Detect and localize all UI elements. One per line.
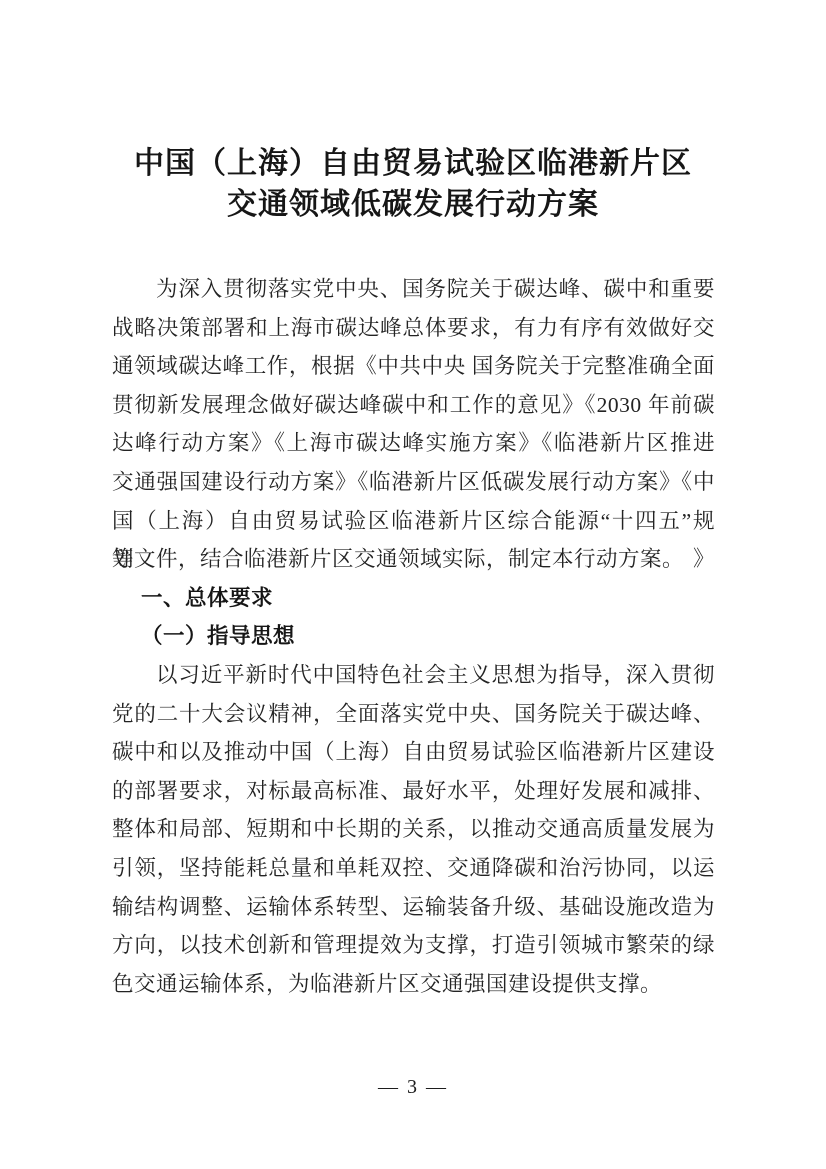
paragraph-line: 战略决策部署和上海市碳达峰总体要求，有力有序有效做好交 — [112, 309, 715, 348]
section-heading-overall-requirements: 一、总体要求 — [112, 579, 715, 618]
paragraph-line: 以习近平新时代中国特色社会主义思想为指导，深入贯彻 — [112, 656, 715, 695]
subsection-heading-guiding-ideology: （一）指导思想 — [112, 617, 715, 656]
document-title-line-2: 交通领域低碳发展行动方案 — [0, 184, 826, 225]
guiding-ideology-paragraph: 以习近平新时代中国特色社会主义思想为指导，深入贯彻 党的二十大会议精神，全面落实… — [112, 656, 715, 1003]
paragraph-line: 为深入贯彻落实党中央、国务院关于碳达峰、碳中和重要 — [112, 270, 715, 309]
paragraph-line: 党的二十大会议精神，全面落实党中央、国务院关于碳达峰、 — [112, 695, 715, 734]
document-title-line-1: 中国（上海）自由贸易试验区临港新片区 — [0, 143, 826, 184]
intro-paragraph: 为深入贯彻落实党中央、国务院关于碳达峰、碳中和重要 战略决策部署和上海市碳达峰总… — [112, 270, 715, 579]
paragraph-line: 达峰行动方案》《上海市碳达峰实施方案》《临港新片区推进 — [112, 424, 715, 463]
paragraph-line: 整体和局部、短期和中长期的关系，以推动交通高质量发展为 — [112, 810, 715, 849]
document-page: 中国（上海）自由贸易试验区临港新片区 交通领域低碳发展行动方案 为深入贯彻落实党… — [0, 0, 826, 1169]
page-number: — 3 — — [0, 1072, 826, 1102]
paragraph-line: 交通强国建设行动方案》《临港新片区低碳发展行动方案》《中 — [112, 463, 715, 502]
paragraph-line: 引领，坚持能耗总量和单耗双控、交通降碳和治污协同，以运 — [112, 849, 715, 888]
paragraph-line: 输结构调整、运输体系转型、运输装备升级、基础设施改造为 — [112, 888, 715, 927]
paragraph-line: 等文件，结合临港新片区交通领域实际，制定本行动方案。 — [112, 540, 715, 579]
paragraph-line: 贯彻新发展理念做好碳达峰碳中和工作的意见》《2030 年前碳 — [112, 386, 715, 425]
document-title: 中国（上海）自由贸易试验区临港新片区 交通领域低碳发展行动方案 — [0, 143, 826, 225]
paragraph-line: 碳中和以及推动中国（上海）自由贸易试验区临港新片区建设 — [112, 733, 715, 772]
paragraph-line: 方向，以技术创新和管理提效为支撑，打造引领城市繁荣的绿 — [112, 926, 715, 965]
paragraph-line: 国（上海）自由贸易试验区临港新片区综合能源“十四五”规划》 — [112, 502, 715, 541]
paragraph-line: 的部署要求，对标最高标准、最好水平，处理好发展和减排、 — [112, 772, 715, 811]
paragraph-line: 通领域碳达峰工作，根据《中共中央 国务院关于完整准确全面 — [112, 347, 715, 386]
document-body: 为深入贯彻落实党中央、国务院关于碳达峰、碳中和重要 战略决策部署和上海市碳达峰总… — [112, 270, 715, 1003]
paragraph-line: 色交通运输体系，为临港新片区交通强国建设提供支撑。 — [112, 965, 715, 1004]
